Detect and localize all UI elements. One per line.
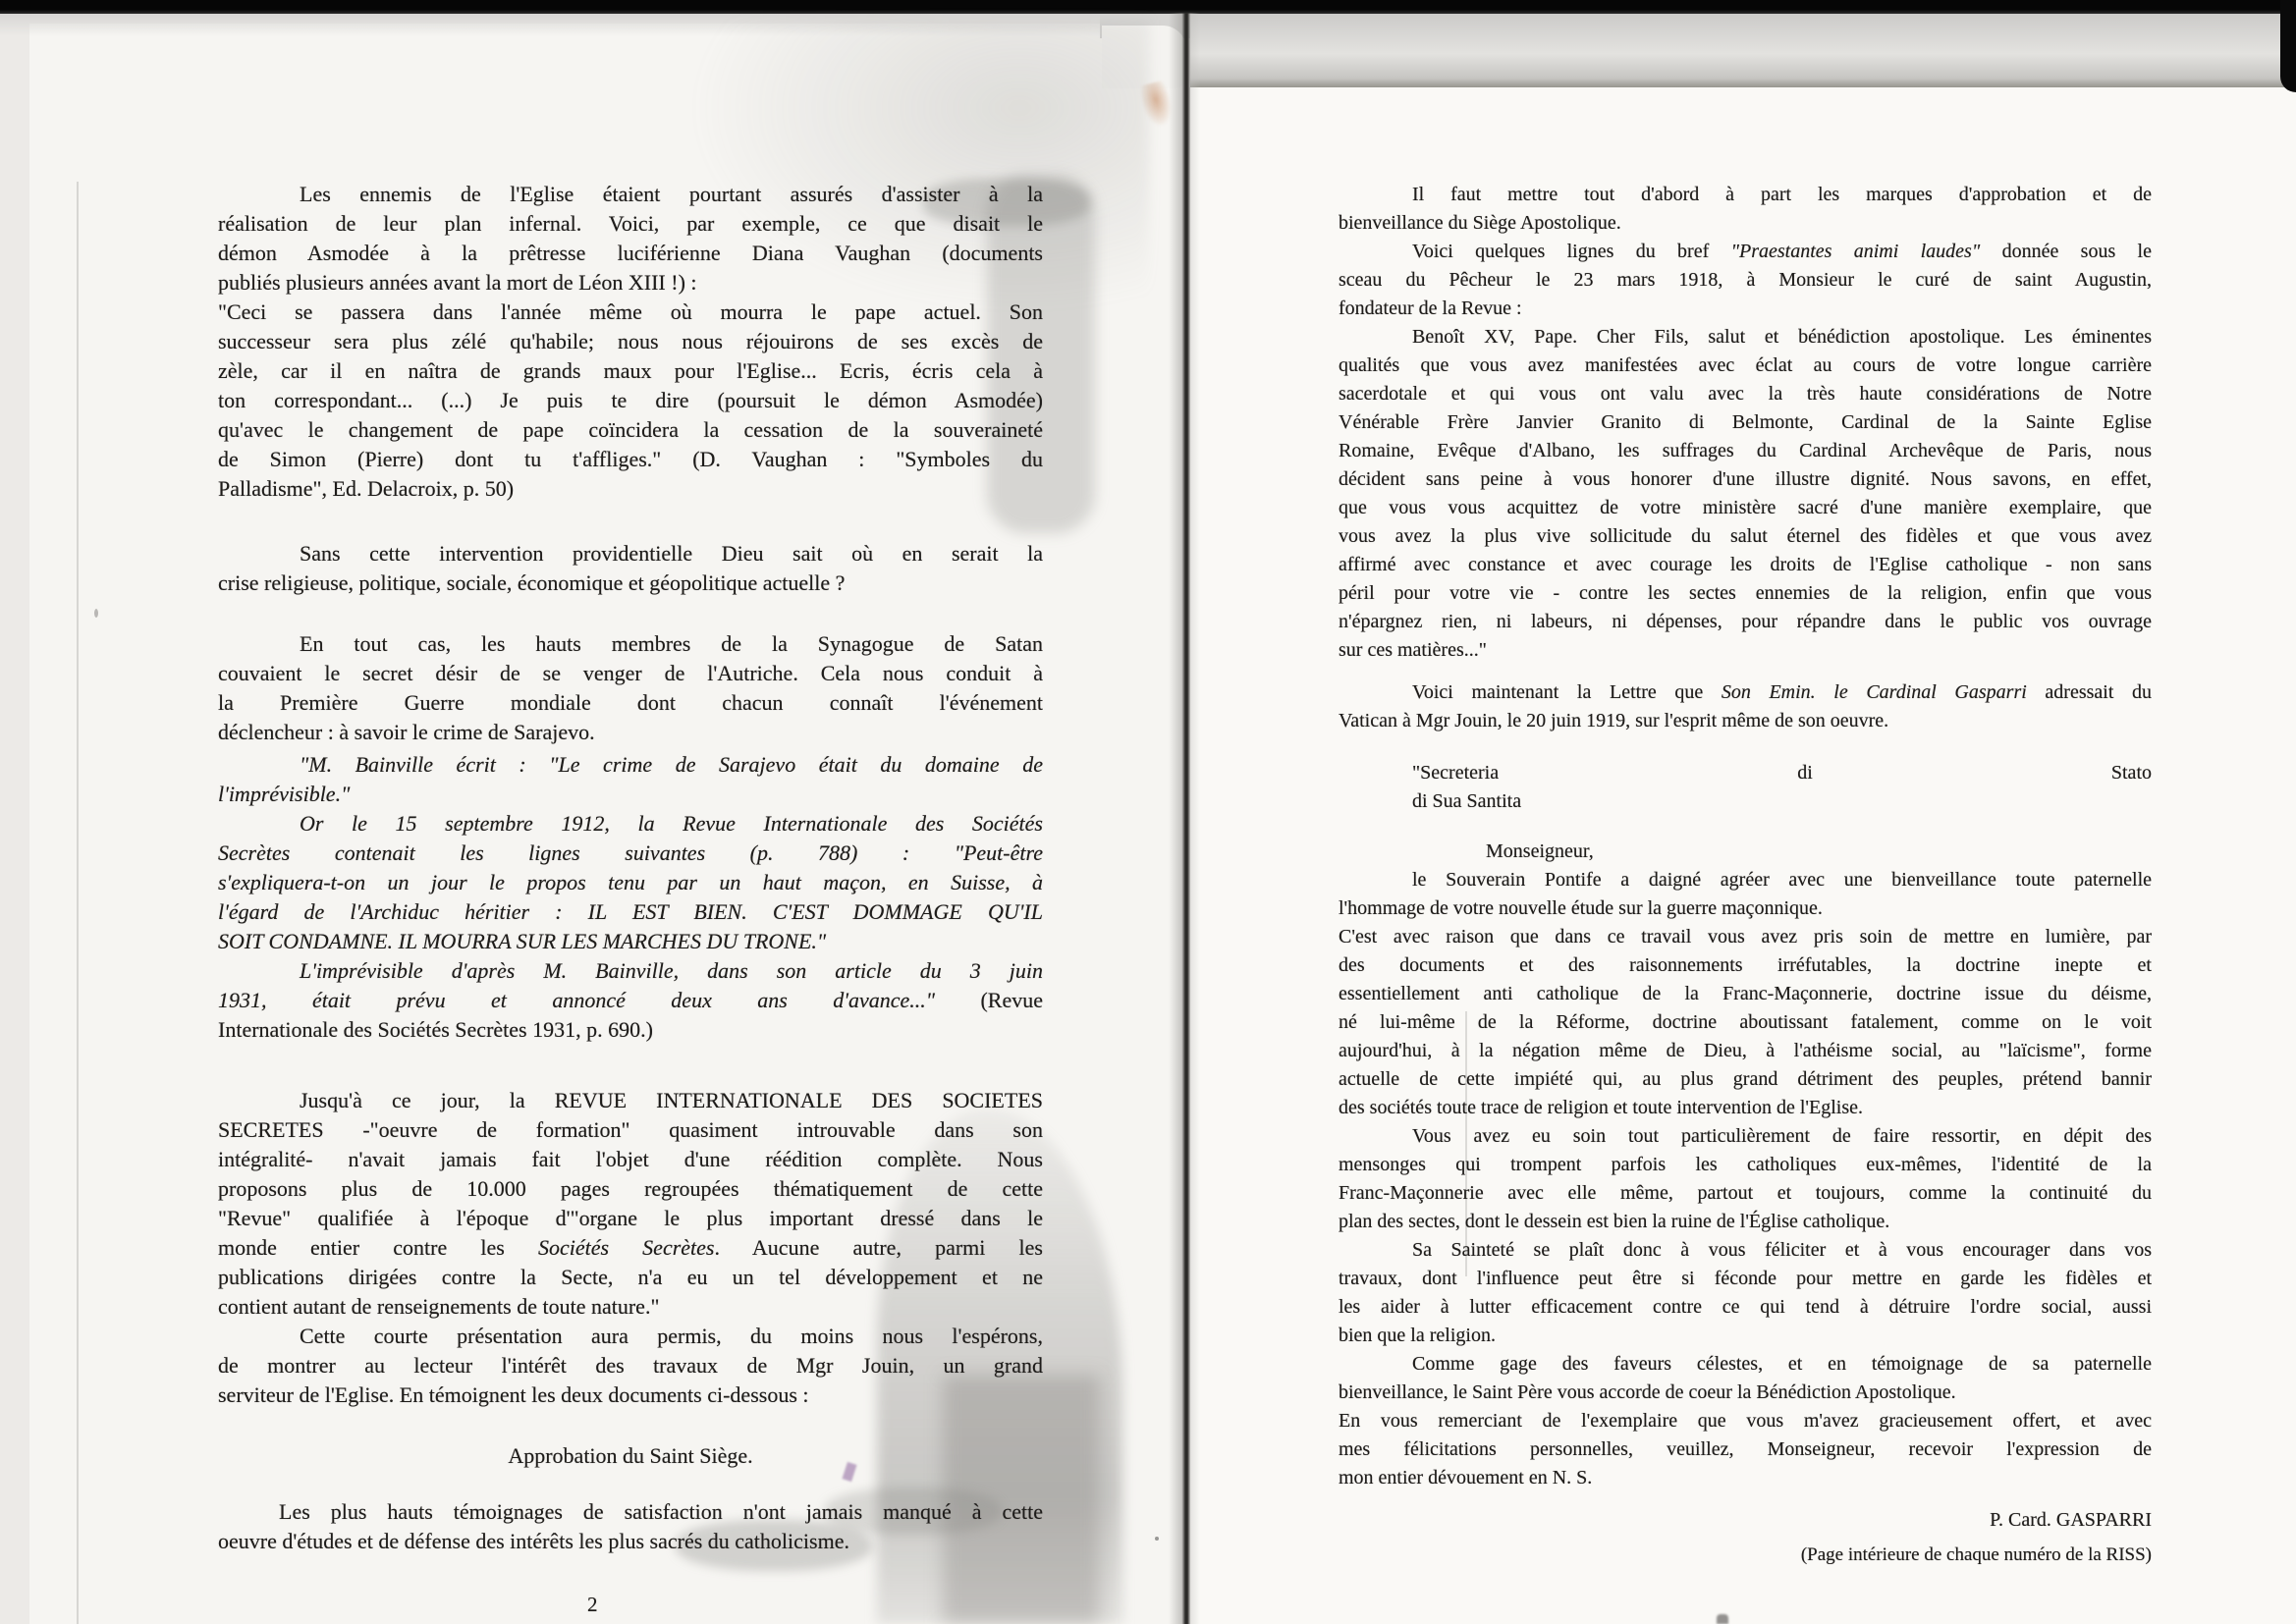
paragraph: Voici maintenant la Lettre que Son Emin.… [1339, 678, 2152, 735]
text-line: proposons plus de 10.000 pages regroupée… [218, 1174, 1043, 1204]
text-line: démon Asmodée à la prêtresse luciférienn… [218, 239, 1043, 268]
text-line: aujourd'hui, à la négation même de Dieu,… [1339, 1037, 2152, 1065]
paragraph: L'imprévisible d'après M. Bainville, dan… [218, 956, 1043, 1045]
paragraph: Or le 15 septembre 1912, la Revue Intern… [218, 809, 1043, 956]
scan-artifact-speck [1155, 1537, 1159, 1541]
text-line: 1931, était prévu et annoncé deux ans d'… [218, 986, 1043, 1015]
letterhead: "Secreteria di Statodi Sua Santita [1339, 759, 2152, 816]
text-line: Internationale des Sociétés Secrètes 193… [218, 1015, 1043, 1045]
text-line: En vous remerciant de l'exemplaire que v… [1339, 1407, 2152, 1435]
text-line: Vatican à Mgr Jouin, le 20 juin 1919, su… [1339, 707, 2152, 735]
text-line: Les plus hauts témoignages de satisfacti… [218, 1497, 1043, 1527]
paragraph: Benoît XV, Pape. Cher Fils, salut et bén… [1339, 323, 2152, 665]
text-line: "Secreteria di Stato [1339, 759, 2152, 787]
text-line: actuelle de cette impiété qui, au plus g… [1339, 1065, 2152, 1094]
left-page-text: Les ennemis de l'Eglise étaient pourtant… [218, 180, 1043, 1556]
text-line: des documents et des raisonnements irréf… [1339, 951, 2152, 980]
text-line: le Souverain Pontife a daigné agréer ave… [1339, 866, 2152, 894]
salutation: Monseigneur, [1339, 838, 2152, 866]
text-line: bienveillance, le Saint Père vous accord… [1339, 1379, 2152, 1407]
text-line: crise religieuse, politique, sociale, éc… [218, 568, 1043, 598]
text-line: Approbation du Saint Siège. [218, 1441, 1043, 1471]
text-line: di Sua Santita [1339, 787, 2152, 816]
text-line: Benoît XV, Pape. Cher Fils, salut et bén… [1339, 323, 2152, 352]
right-page-text: Il faut mettre tout d'abord à part les m… [1339, 181, 2152, 1569]
scan-artifact-right-page-edge-band [1190, 13, 2296, 87]
text-line: Les ennemis de l'Eglise étaient pourtant… [218, 180, 1043, 209]
text-line: sceau du Pêcheur le 23 mars 1918, à Mons… [1339, 266, 2152, 295]
text-line: Vous avez eu soin tout particulièrement … [1339, 1122, 2152, 1151]
text-line: bienveillance du Siège Apostolique. [1339, 209, 2152, 238]
paragraph: "M. Bainville écrit : "Le crime de Saraj… [218, 750, 1043, 809]
text-line: Voici quelques lignes du bref "Praestant… [1339, 238, 2152, 266]
text-line: l'imprévisible." [218, 780, 1043, 809]
paragraph: C'est avec raison que dans ce travail vo… [1339, 923, 2152, 1122]
text-line: En tout cas, les hauts membres de la Syn… [218, 629, 1043, 659]
text-line: mensonges qui trompent parfois les catho… [1339, 1151, 2152, 1179]
paragraph: Les ennemis de l'Eglise étaient pourtant… [218, 180, 1043, 298]
text-line: s'expliquera-t-on un jour le propos tenu… [218, 868, 1043, 897]
text-line: publiés plusieurs années avant la mort d… [218, 268, 1043, 298]
text-line: "M. Bainville écrit : "Le crime de Saraj… [218, 750, 1043, 780]
paragraph: Comme gage des faveurs célestes, et en t… [1339, 1350, 2152, 1407]
text-line: contient autant de renseignements de tou… [218, 1292, 1043, 1322]
text-line: l'égard de l'Archiduc héritier : IL EST … [218, 897, 1043, 927]
text-line: Il faut mettre tout d'abord à part les m… [1339, 181, 2152, 209]
text-line: monde entier contre les Sociétés Secrète… [218, 1233, 1043, 1263]
text-line: L'imprévisible d'après M. Bainville, dan… [218, 956, 1043, 986]
text-line: "Revue" qualifiée à l'époque d'"organe l… [218, 1204, 1043, 1233]
text-line: C'est avec raison que dans ce travail vo… [1339, 923, 2152, 951]
text-line: affirmé avec constance et avec courage l… [1339, 551, 2152, 579]
text-line: publications dirigées contre la Secte, n… [218, 1263, 1043, 1292]
text-line: né lui-même de la Réforme, doctrine abou… [1339, 1008, 2152, 1037]
text-line: essentiellement anti catholique de la Fr… [1339, 980, 2152, 1008]
paragraph: Vous avez eu soin tout particulièrement … [1339, 1122, 2152, 1236]
text-line: Voici maintenant la Lettre que Son Emin.… [1339, 678, 2152, 707]
text-line: que vous vous acquittez de votre ministè… [1339, 494, 2152, 522]
text-line: décident sans peine à vous honorer d'une… [1339, 465, 2152, 494]
paragraph: "Ceci se passera dans l'année même où mo… [218, 298, 1043, 504]
text-line: n'épargnez rien, ni labeurs, ni dépenses… [1339, 608, 2152, 636]
scan-artifact-right-black-edge [2280, 0, 2296, 92]
paragraph: Sa Sainteté se plaît donc à vous félicit… [1339, 1236, 2152, 1350]
paragraph: En tout cas, les hauts membres de la Syn… [218, 629, 1043, 747]
text-line: réalisation de leur plan infernal. Voici… [218, 209, 1043, 239]
text-line: zèle, car il en naîtra de grands maux po… [218, 356, 1043, 386]
text-line: Romaine, Evêque d'Albano, les suffrages … [1339, 437, 2152, 465]
text-line: ton correspondant... (...) Je puis te di… [218, 386, 1043, 415]
paragraph: Voici quelques lignes du bref "Praestant… [1339, 238, 2152, 323]
text-line: de montrer au lecteur l'intérêt des trav… [218, 1351, 1043, 1380]
text-line: (Page intérieure de chaque numéro de la … [1339, 1541, 2152, 1569]
source-note: (Page intérieure de chaque numéro de la … [1339, 1541, 2152, 1569]
text-line: oeuvre d'études et de défense des intérê… [218, 1527, 1043, 1556]
signature: P. Card. GASPARRI [1339, 1506, 2152, 1535]
text-line: l'hommage de votre nouvelle étude sur la… [1339, 894, 2152, 923]
text-line: déclencheur : à savoir le crime de Saraj… [218, 718, 1043, 747]
text-line: les aider à lutter efficacement contre c… [1339, 1293, 2152, 1322]
text-line: intégralité- n'avait jamais fait l'objet… [218, 1145, 1043, 1174]
text-line: qualités que vous avez manifestées avec … [1339, 352, 2152, 380]
text-line: Monseigneur, [1339, 838, 2152, 866]
text-line: couvaient le secret désir de se venger d… [218, 659, 1043, 688]
text-line: sur ces matières..." [1339, 636, 2152, 665]
scan-artifact-speck [94, 609, 98, 618]
text-line: SOIT CONDAMNE. IL MOURRA SUR LES MARCHES… [218, 927, 1043, 956]
text-line: Sans cette intervention providentielle D… [218, 539, 1043, 568]
text-line: vous avez la plus vive sollicitude du sa… [1339, 522, 2152, 551]
text-line: plan des sectes, dont le dessein est bie… [1339, 1208, 2152, 1236]
text-line: péril pour votre vie - contre les sectes… [1339, 579, 2152, 608]
text-line: la Première Guerre mondiale dont chacun … [218, 688, 1043, 718]
book-gutter-shadow [1169, 13, 1200, 1624]
scan-artifact-top-black-bar [0, 0, 2296, 14]
text-line: "Ceci se passera dans l'année même où mo… [218, 298, 1043, 327]
paragraph: Les plus hauts témoignages de satisfacti… [218, 1497, 1043, 1556]
text-line: Franc-Maçonnerie avec elle même, partout… [1339, 1179, 2152, 1208]
paragraph: Jusqu'à ce jour, la REVUE INTERNATIONALE… [218, 1086, 1043, 1322]
scanned-book-spread: { "document": { "kind": "scanned book sp… [0, 0, 2296, 1624]
paragraph: Sans cette intervention providentielle D… [218, 539, 1043, 598]
text-line: des sociétés toute trace de religion et … [1339, 1094, 2152, 1122]
text-line: bien que la religion. [1339, 1322, 2152, 1350]
paragraph: En vous remerciant de l'exemplaire que v… [1339, 1407, 2152, 1492]
text-line: serviteur de l'Eglise. En témoignent les… [218, 1380, 1043, 1410]
text-line: travaux, dont l'influence peut être si f… [1339, 1265, 2152, 1293]
text-line: P. Card. GASPARRI [1339, 1506, 2152, 1535]
text-line: Jusqu'à ce jour, la REVUE INTERNATIONALE… [218, 1086, 1043, 1115]
page-number: 2 [587, 1593, 598, 1617]
text-line: sacerdotale et qui vous ont valu avec la… [1339, 380, 2152, 408]
text-line: de Simon (Pierre) dont tu t'affliges." (… [218, 445, 1043, 474]
text-line: qu'avec le changement de pape coïncidera… [218, 415, 1043, 445]
text-line: fondateur de la Revue : [1339, 295, 2152, 323]
text-line: Or le 15 septembre 1912, la Revue Intern… [218, 809, 1043, 839]
text-line: Vénérable Frère Janvier Granito di Belmo… [1339, 408, 2152, 437]
paragraph: Cette courte présentation aura permis, d… [218, 1322, 1043, 1410]
text-line: mon entier dévouement en N. S. [1339, 1464, 2152, 1492]
scan-artifact-left-page-edge [77, 182, 79, 1624]
section-heading: Approbation du Saint Siège. [218, 1441, 1043, 1471]
paragraph: Il faut mettre tout d'abord à part les m… [1339, 181, 2152, 238]
text-line: Secrètes contenait les lignes suivantes … [218, 839, 1043, 868]
text-line: Sa Sainteté se plaît donc à vous félicit… [1339, 1236, 2152, 1265]
text-line: mes félicitations personnelles, veuillez… [1339, 1435, 2152, 1464]
text-line: successeur sera plus zélé qu'habile; nou… [218, 327, 1043, 356]
paragraph: le Souverain Pontife a daigné agréer ave… [1339, 866, 2152, 923]
text-line: SECRETES -"oeuvre de formation" quasimen… [218, 1115, 1043, 1145]
text-line: Comme gage des faveurs célestes, et en t… [1339, 1350, 2152, 1379]
text-line: Palladisme", Ed. Delacroix, p. 50) [218, 474, 1043, 504]
partial-page-number-mark [1717, 1614, 1728, 1624]
text-line: Cette courte présentation aura permis, d… [218, 1322, 1043, 1351]
